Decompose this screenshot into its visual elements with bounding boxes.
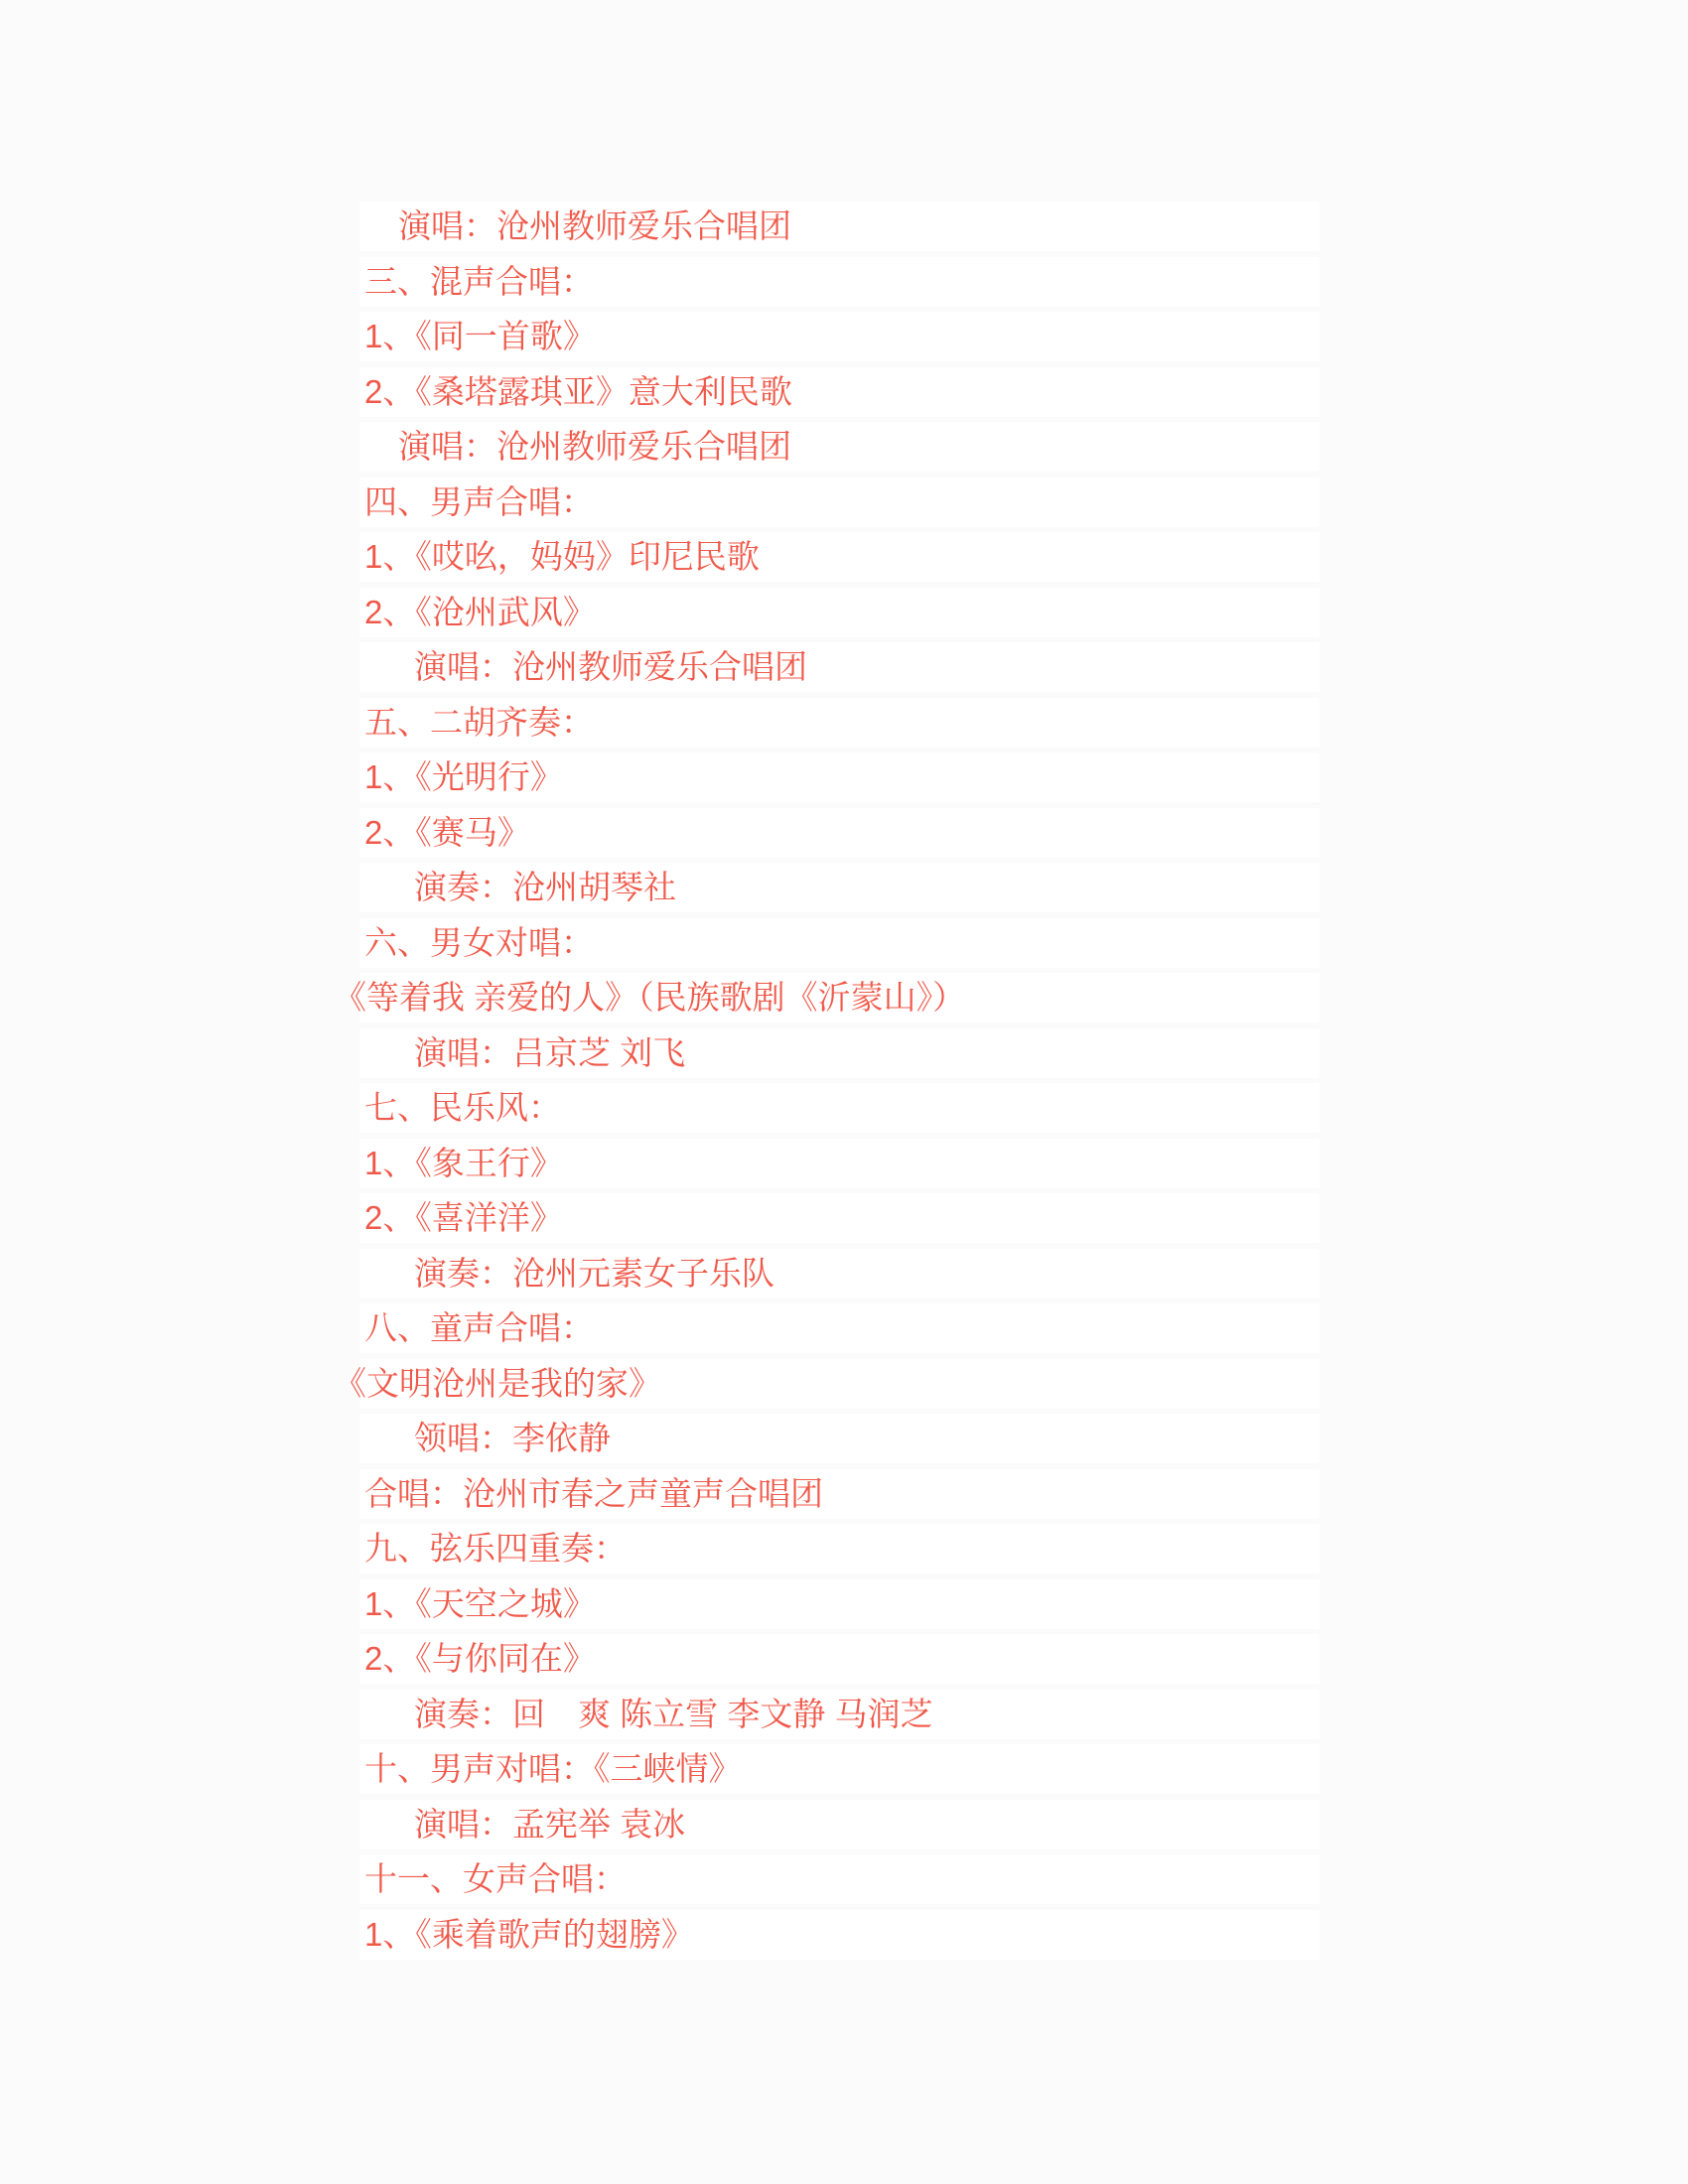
program-line: 七、民乐风：	[359, 1083, 1320, 1133]
program-line: 四、男声合唱：	[359, 478, 1320, 527]
program-line: 2、《喜洋洋》	[359, 1193, 1320, 1243]
program-line-text: 领唱：李依静	[414, 1414, 611, 1463]
program-line-text: 七、民乐风：	[364, 1083, 561, 1133]
program-line: 1、《天空之城》	[359, 1579, 1320, 1629]
program-line: 演唱：沧州教师爱乐合唱团	[359, 202, 1320, 251]
program-line: 演唱：沧州教师爱乐合唱团	[359, 642, 1320, 692]
program-line-text: 九、弦乐四重奏：	[364, 1524, 627, 1573]
program-line: 合唱：沧州市春之声童声合唱团	[359, 1469, 1320, 1519]
program-line: 1、《哎吆，妈妈》印尼民歌	[359, 532, 1320, 582]
program-line-text: 合唱：沧州市春之声童声合唱团	[364, 1469, 823, 1519]
program-line: 1、《象王行》	[359, 1139, 1320, 1188]
program-line-text: 演奏：沧州元素女子乐队	[414, 1249, 774, 1298]
program-line-text: 《等着我 亲爱的人》（民族歌剧《沂蒙山》）	[334, 973, 965, 1023]
program-line: 2、《桑塔露琪亚》意大利民歌	[359, 367, 1320, 417]
program-line: 2、《赛马》	[359, 808, 1320, 858]
program-line: 演唱：沧州教师爱乐合唱团	[359, 422, 1320, 472]
program-line: 演唱：孟宪举 袁冰	[359, 1800, 1320, 1849]
program-line: 《等着我 亲爱的人》（民族歌剧《沂蒙山》）	[359, 973, 1320, 1023]
program-line-text: 六、男女对唱：	[364, 918, 594, 968]
program-line: 十一、女声合唱：	[359, 1854, 1320, 1904]
program-line: 五、二胡齐奏：	[359, 698, 1320, 748]
program-line: 2、《沧州武风》	[359, 588, 1320, 637]
program-line: 领唱：李依静	[359, 1414, 1320, 1463]
program-line: 演唱：吕京芝 刘飞	[359, 1028, 1320, 1078]
program-line: 演奏：沧州元素女子乐队	[359, 1249, 1320, 1298]
program-line-text: 演奏：回 爽 陈立雪 李文静 马润芝	[414, 1690, 933, 1739]
program-line-text: 演唱：沧州教师爱乐合唱团	[414, 642, 807, 692]
program-line: 1、《光明行》	[359, 752, 1320, 802]
program-text-block: 演唱：沧州教师爱乐合唱团三、混声合唱：1、《同一首歌》2、《桑塔露琪亚》意大利民…	[359, 202, 1320, 1965]
program-line-text: 十一、女声合唱：	[364, 1854, 627, 1904]
program-line: 六、男女对唱：	[359, 918, 1320, 968]
program-line-text: 1、《象王行》	[364, 1139, 563, 1188]
program-line: 1、《乘着歌声的翅膀》	[359, 1910, 1320, 1960]
program-line-text: 四、男声合唱：	[364, 478, 594, 527]
program-line-text: 演唱：沧州教师爱乐合唱团	[398, 202, 791, 251]
program-line-text: 八、童声合唱：	[364, 1303, 594, 1353]
program-line-text: 2、《喜洋洋》	[364, 1193, 563, 1243]
program-line-text: 2、《桑塔露琪亚》意大利民歌	[364, 367, 792, 417]
program-line-text: 1、《光明行》	[364, 752, 563, 802]
program-line-text: 1、《哎吆，妈妈》印尼民歌	[364, 532, 760, 582]
program-line: 2、《与你同在》	[359, 1634, 1320, 1684]
program-line: 演奏：沧州胡琴社	[359, 863, 1320, 912]
program-line: 十、男声对唱：《三峡情》	[359, 1744, 1320, 1794]
program-line: 八、童声合唱：	[359, 1303, 1320, 1353]
program-line-text: 演唱：沧州教师爱乐合唱团	[398, 422, 791, 472]
program-line-text: 1、《乘着歌声的翅膀》	[364, 1910, 694, 1960]
program-line-text: 演唱：吕京芝 刘飞	[414, 1028, 685, 1078]
program-line-text: 1、《天空之城》	[364, 1579, 596, 1629]
program-line: 《文明沧州是我的家》	[359, 1359, 1320, 1409]
program-line-text: 2、《与你同在》	[364, 1634, 596, 1684]
program-line-text: 十、男声对唱：《三峡情》	[364, 1744, 742, 1794]
program-line-text: 2、《沧州武风》	[364, 588, 596, 637]
program-line-text: 《文明沧州是我的家》	[334, 1359, 661, 1409]
program-line: 三、混声合唱：	[359, 257, 1320, 307]
program-line: 九、弦乐四重奏：	[359, 1524, 1320, 1573]
program-line-text: 演唱：孟宪举 袁冰	[414, 1800, 685, 1849]
program-line-text: 五、二胡齐奏：	[364, 698, 594, 748]
program-line-text: 演奏：沧州胡琴社	[414, 863, 676, 912]
program-line-text: 1、《同一首歌》	[364, 312, 596, 361]
document-page: 演唱：沧州教师爱乐合唱团三、混声合唱：1、《同一首歌》2、《桑塔露琪亚》意大利民…	[0, 0, 1688, 2184]
program-line: 1、《同一首歌》	[359, 312, 1320, 361]
program-line: 演奏：回 爽 陈立雪 李文静 马润芝	[359, 1690, 1320, 1739]
program-line-text: 2、《赛马》	[364, 808, 530, 858]
program-line-text: 三、混声合唱：	[364, 257, 594, 307]
